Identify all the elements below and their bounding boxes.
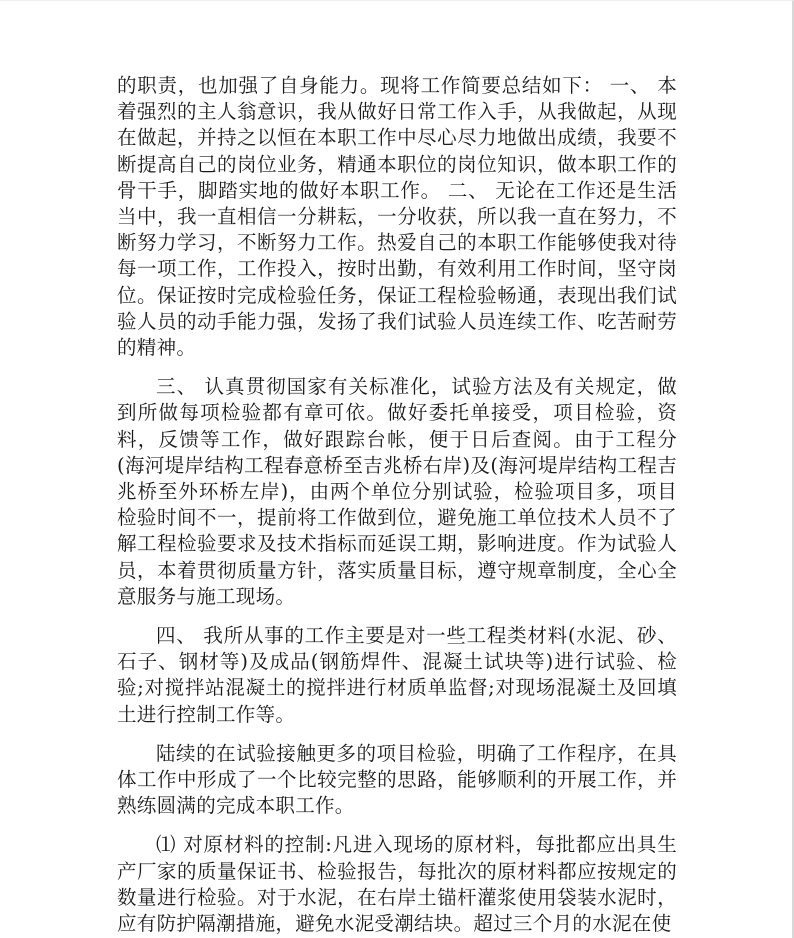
- paragraph-project-inspection: 陆续的在试验接触更多的项目检验，明确了工作程序，在具体工作中形成了一个比较完整的…: [117, 741, 677, 820]
- document-body: 的职责，也加强了自身能力。现将工作简要总结如下： 一、 本着强烈的主人翁意识，我…: [117, 73, 677, 937]
- paragraph-scope-of-work: 四、 我所从事的工作主要是对一些工程类材料(水泥、砂、石子、钢材等)及成品(钢筋…: [117, 623, 677, 728]
- document-page: 的职责，也加强了自身能力。现将工作简要总结如下： 一、 本着强烈的主人翁意识，我…: [0, 0, 794, 938]
- paragraph-duties-summary: 的职责，也加强了自身能力。现将工作简要总结如下： 一、 本着强烈的主人翁意识，我…: [117, 73, 677, 361]
- paragraph-standards: 三、 认真贯彻国家有关标准化，试验方法及有关规定，做到所做每项检验都有章可依。做…: [117, 374, 677, 610]
- paragraph-raw-material-control: ⑴ 对原材料的控制:凡进入现场的原材料，每批都应出具生产厂家的质量保证书、检验报…: [117, 832, 677, 937]
